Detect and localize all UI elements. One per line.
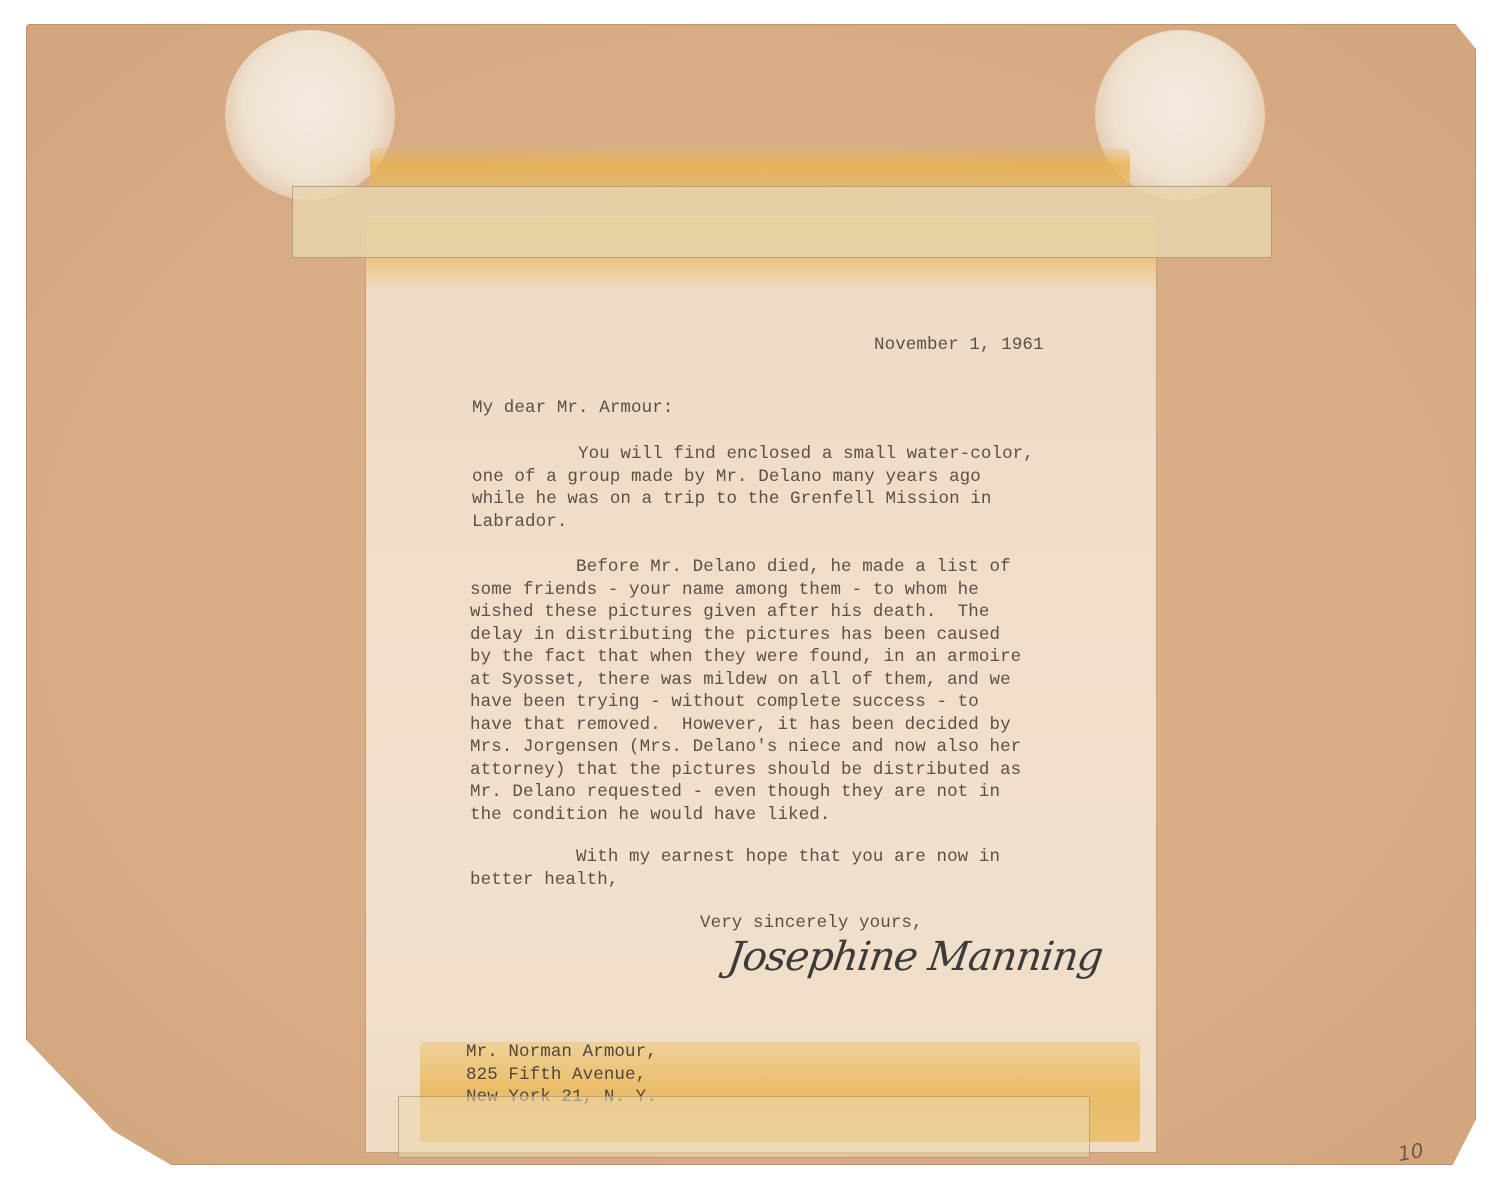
handwritten-signature: Josephine Manning [725, 934, 1106, 980]
tape-strip-top [292, 186, 1272, 258]
letter-paragraph-3: With my earnest hope that you are now in… [470, 846, 1000, 891]
letter-paragraph-2: Before Mr. Delano died, he made a list o… [470, 556, 1021, 826]
tape-strip-bottom [398, 1096, 1090, 1158]
letter-closing: Very sincerely yours, [700, 912, 923, 935]
letter-salutation: My dear Mr. Armour: [472, 397, 673, 420]
letter-paragraph-1: You will find enclosed a small water-col… [472, 443, 1034, 533]
tape-stain-top [370, 148, 1130, 190]
pencil-mark: 10 [1396, 1138, 1425, 1166]
letter-date: November 1, 1961 [874, 334, 1044, 357]
